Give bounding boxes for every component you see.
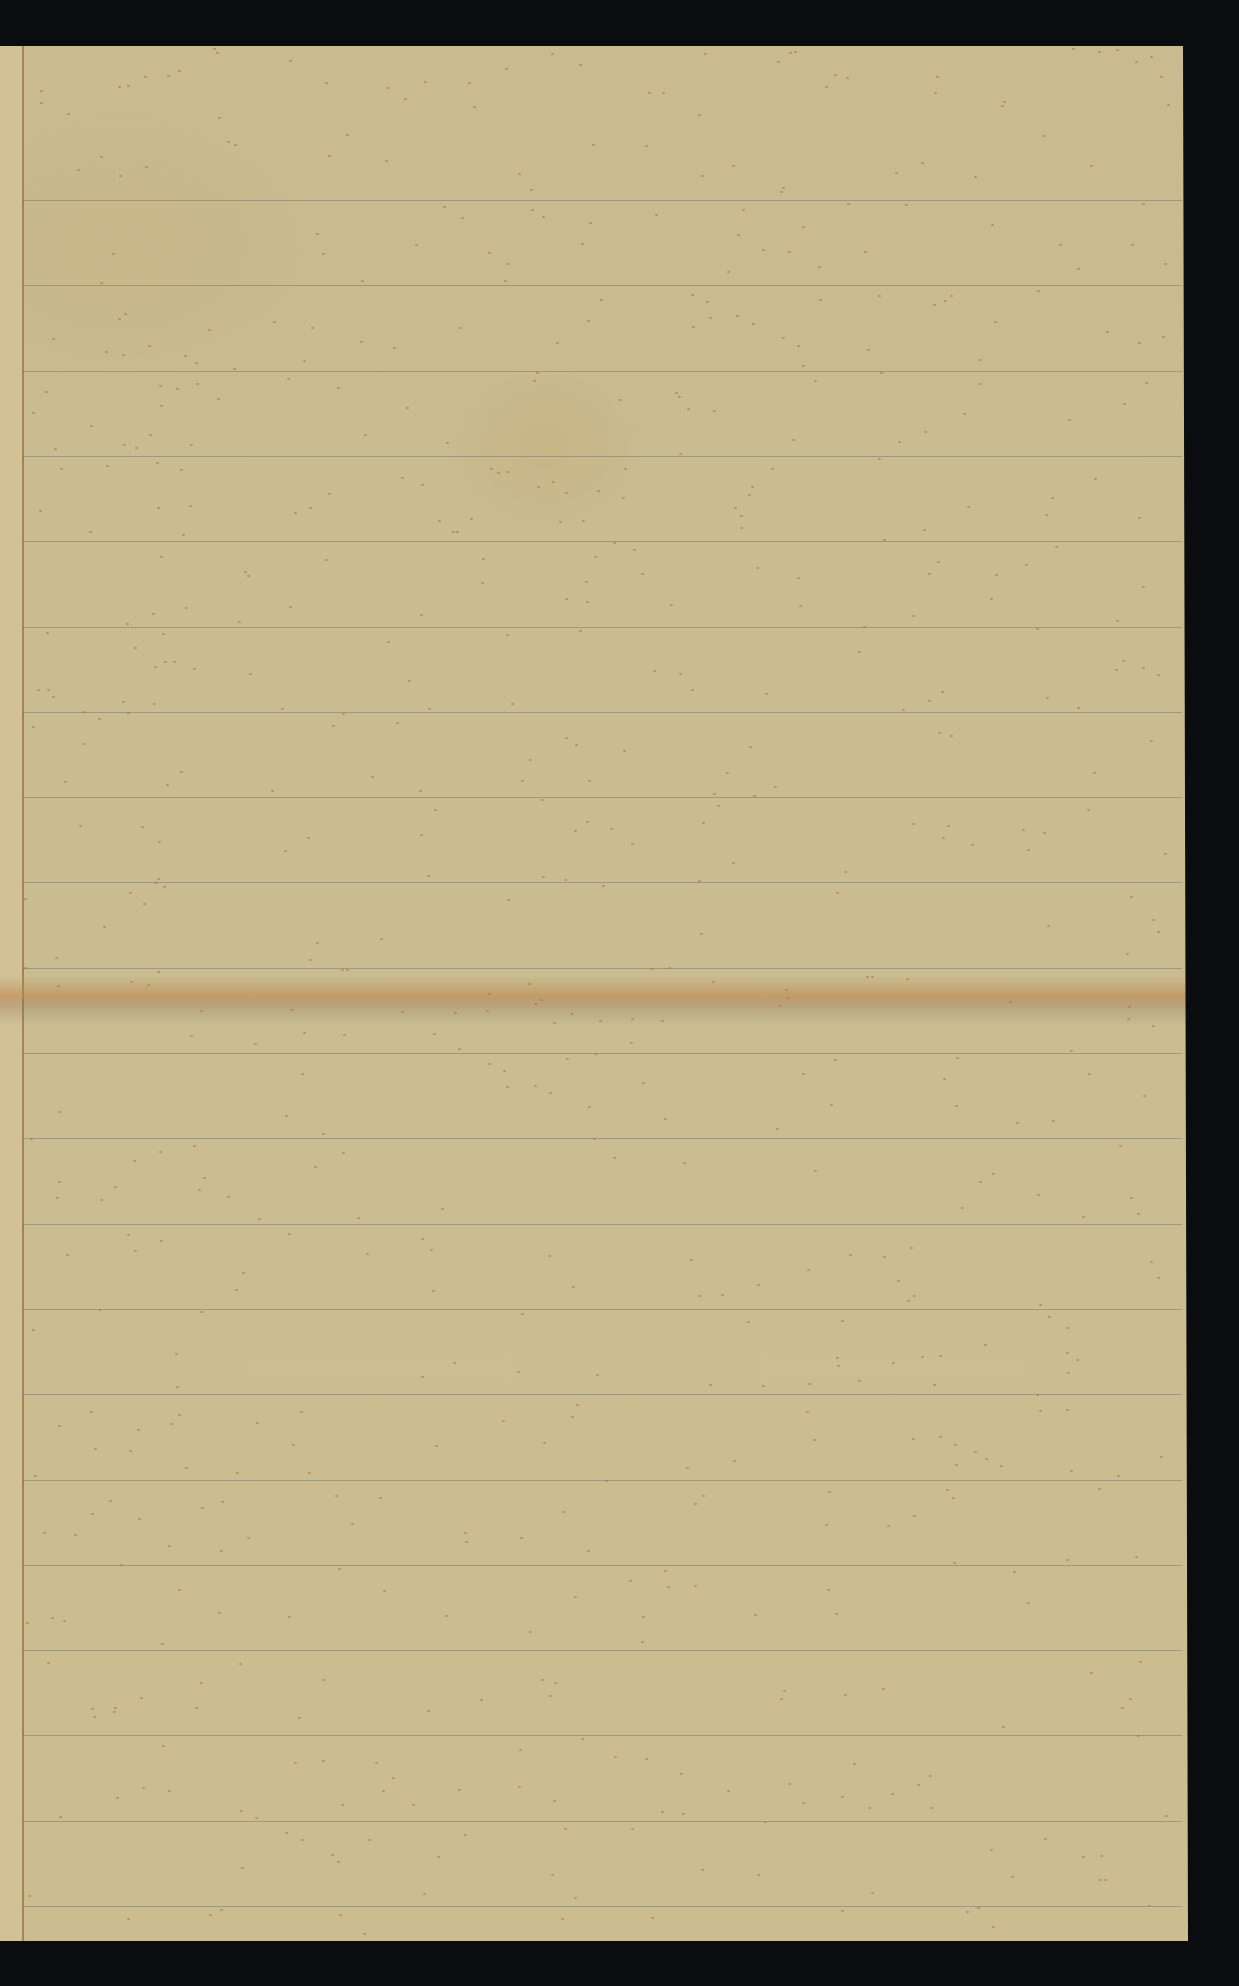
speck xyxy=(241,1867,244,1869)
speck xyxy=(713,410,716,412)
speck xyxy=(256,1422,259,1424)
speck xyxy=(200,1682,203,1684)
speck xyxy=(1090,1672,1093,1674)
speck xyxy=(565,598,568,600)
speck xyxy=(158,841,161,843)
speck xyxy=(371,776,374,778)
speck xyxy=(847,203,850,205)
speck xyxy=(415,244,418,246)
speck xyxy=(576,1404,579,1406)
speck xyxy=(383,1590,386,1592)
speck xyxy=(581,243,584,245)
speck xyxy=(144,76,147,78)
speck xyxy=(564,1828,567,1830)
speck xyxy=(506,263,509,265)
speck xyxy=(346,134,349,136)
speck xyxy=(157,971,160,973)
speck xyxy=(343,1034,346,1036)
speck xyxy=(441,1208,444,1210)
speck xyxy=(1003,101,1006,103)
speck xyxy=(456,531,459,533)
speck xyxy=(664,1570,667,1572)
speck xyxy=(446,442,449,444)
speck xyxy=(752,323,755,325)
speck xyxy=(342,1152,345,1154)
speck xyxy=(880,372,883,374)
speck xyxy=(929,1775,932,1777)
speck xyxy=(529,1631,532,1633)
speck xyxy=(1037,1194,1040,1196)
speck xyxy=(83,743,86,745)
speck xyxy=(56,1197,59,1199)
speck xyxy=(217,398,220,400)
speck xyxy=(683,1162,686,1164)
speck xyxy=(37,689,40,691)
speck xyxy=(732,862,735,864)
speck xyxy=(579,630,582,632)
speck xyxy=(967,506,970,508)
speck xyxy=(401,477,404,479)
speck xyxy=(1104,1879,1107,1881)
speck xyxy=(1145,382,1148,384)
speck xyxy=(412,1804,415,1806)
speck xyxy=(176,1386,179,1388)
speck xyxy=(907,1300,910,1302)
speck xyxy=(543,1442,546,1444)
speck xyxy=(300,1411,303,1413)
speck xyxy=(827,1589,830,1591)
speck xyxy=(698,114,701,116)
speck xyxy=(559,521,562,523)
speck xyxy=(992,1173,995,1175)
speck xyxy=(203,1177,206,1179)
speck xyxy=(950,295,953,297)
speck xyxy=(954,1444,957,1446)
speck xyxy=(387,641,390,643)
speck xyxy=(430,1249,433,1251)
speck xyxy=(1067,1372,1070,1374)
speck xyxy=(196,383,199,385)
speck xyxy=(281,708,284,710)
speck xyxy=(782,187,785,189)
speck xyxy=(119,175,122,177)
speck xyxy=(792,439,795,441)
speck xyxy=(586,821,589,823)
speck xyxy=(1150,1261,1153,1263)
speck xyxy=(1135,1556,1138,1558)
speck xyxy=(47,689,50,691)
speck xyxy=(1072,48,1075,50)
speck xyxy=(1077,268,1080,270)
speck xyxy=(1046,697,1049,699)
speck xyxy=(1152,1025,1155,1027)
speck xyxy=(974,176,977,178)
speck xyxy=(633,549,636,551)
speck xyxy=(1059,244,1062,246)
speck xyxy=(63,1620,66,1622)
speck xyxy=(427,875,430,877)
speck xyxy=(650,968,653,970)
speck xyxy=(149,434,152,436)
speck xyxy=(420,614,423,616)
speck xyxy=(155,882,158,884)
speck xyxy=(883,1256,886,1258)
speck xyxy=(1000,1465,1003,1467)
speck xyxy=(1150,740,1153,742)
speck xyxy=(58,1181,61,1183)
speck xyxy=(589,222,592,224)
speck xyxy=(90,425,93,427)
speck xyxy=(1036,1394,1039,1396)
speck xyxy=(687,408,690,410)
speck xyxy=(737,234,740,236)
speck xyxy=(218,117,221,119)
speck xyxy=(227,1196,230,1198)
speck xyxy=(586,601,589,603)
speck xyxy=(120,1564,123,1566)
speck xyxy=(288,1616,291,1618)
speck xyxy=(294,512,297,514)
speck xyxy=(783,1690,786,1692)
speck xyxy=(421,1238,424,1240)
speck xyxy=(777,61,780,63)
speck xyxy=(934,92,937,94)
speck xyxy=(247,575,250,577)
speck xyxy=(67,113,70,115)
speck xyxy=(103,926,106,928)
speck xyxy=(1082,1856,1085,1858)
speck xyxy=(154,666,157,668)
speck xyxy=(701,1869,704,1871)
speck xyxy=(571,1416,574,1418)
speck xyxy=(774,786,777,788)
speck xyxy=(193,1145,196,1147)
speck xyxy=(566,1058,569,1060)
speck xyxy=(127,85,130,87)
ruled-line xyxy=(22,541,1182,542)
speck xyxy=(799,605,802,607)
speck xyxy=(765,693,768,695)
speck xyxy=(641,1641,644,1643)
speck xyxy=(134,647,137,649)
speck xyxy=(924,431,927,433)
speck xyxy=(579,64,582,66)
speck xyxy=(917,1784,920,1786)
speck xyxy=(162,633,165,635)
speck xyxy=(868,1807,871,1809)
speck xyxy=(946,1489,949,1491)
speck xyxy=(588,1106,591,1108)
speck xyxy=(1131,244,1134,246)
speck xyxy=(28,1895,31,1897)
speck xyxy=(157,507,160,509)
speck xyxy=(751,486,754,488)
speck xyxy=(1128,1006,1131,1008)
speck xyxy=(185,607,188,609)
speck xyxy=(1002,1726,1005,1728)
speck xyxy=(528,983,531,985)
speck xyxy=(346,969,349,971)
speck xyxy=(459,327,462,329)
speck xyxy=(631,843,634,845)
speck xyxy=(106,465,109,467)
speck xyxy=(1039,1304,1042,1306)
speck xyxy=(979,359,982,361)
speck xyxy=(1051,497,1054,499)
speck xyxy=(342,713,345,715)
speck xyxy=(631,1018,634,1020)
speck xyxy=(757,1874,760,1876)
speck xyxy=(549,1695,552,1697)
speck xyxy=(709,1384,712,1386)
speck xyxy=(936,76,939,78)
speck xyxy=(170,1423,173,1425)
speck xyxy=(1094,478,1097,480)
speck xyxy=(1076,1359,1079,1361)
speck xyxy=(473,106,476,108)
speck xyxy=(1022,829,1025,831)
speck xyxy=(939,1355,942,1357)
speck xyxy=(419,790,422,792)
speck xyxy=(52,338,55,340)
speck xyxy=(220,1909,223,1911)
speck xyxy=(990,1849,993,1851)
speck xyxy=(220,1550,223,1552)
speck xyxy=(651,1917,654,1919)
speck xyxy=(428,708,431,710)
speck xyxy=(406,407,409,409)
speck xyxy=(43,1532,46,1534)
speck xyxy=(453,1362,456,1364)
speck xyxy=(337,387,340,389)
speck xyxy=(933,304,936,306)
ruled-line xyxy=(22,1394,1182,1395)
speck xyxy=(552,481,555,483)
speck xyxy=(160,1240,163,1242)
speck xyxy=(404,98,407,100)
speck xyxy=(613,1157,616,1159)
speck xyxy=(679,453,682,455)
speck xyxy=(562,1511,565,1513)
speck xyxy=(802,1073,805,1075)
speck xyxy=(662,92,665,94)
speck xyxy=(1116,620,1119,622)
speck xyxy=(271,790,274,792)
speck xyxy=(1130,1197,1133,1199)
speck xyxy=(79,825,82,827)
speck xyxy=(1043,135,1046,137)
speck xyxy=(180,771,183,773)
ruled-line xyxy=(22,1565,1182,1566)
speck xyxy=(153,703,156,705)
speck xyxy=(1164,853,1167,855)
speck xyxy=(1027,1602,1030,1604)
speck xyxy=(392,1777,395,1779)
speck xyxy=(807,1269,810,1271)
speck xyxy=(89,531,92,533)
speck xyxy=(664,1118,667,1120)
speck xyxy=(629,1580,632,1582)
speck xyxy=(1098,1488,1101,1490)
speck xyxy=(928,573,931,575)
speck xyxy=(690,1259,693,1261)
speck xyxy=(1162,336,1165,338)
speck xyxy=(481,582,484,584)
speck xyxy=(561,1918,564,1920)
speck xyxy=(551,53,554,55)
speck xyxy=(1087,809,1090,811)
speck xyxy=(619,399,622,401)
speck xyxy=(597,490,600,492)
speck xyxy=(594,556,597,558)
speck xyxy=(51,1617,54,1619)
speck xyxy=(1119,1145,1122,1147)
speck xyxy=(680,1773,683,1775)
speck xyxy=(185,1467,188,1469)
speck xyxy=(985,1458,988,1460)
speck xyxy=(190,444,193,446)
speck xyxy=(701,175,704,177)
speck xyxy=(339,1914,342,1916)
speck xyxy=(40,90,43,92)
speck xyxy=(366,1253,369,1255)
speck xyxy=(588,780,591,782)
speck xyxy=(421,484,424,486)
speck xyxy=(788,251,791,253)
speck xyxy=(630,1042,633,1044)
speck xyxy=(208,329,211,331)
speck xyxy=(506,634,509,636)
speck xyxy=(721,1294,724,1296)
speck xyxy=(141,826,144,828)
speck xyxy=(675,392,678,394)
speck xyxy=(1150,56,1153,58)
speck xyxy=(1137,1735,1140,1737)
speck xyxy=(100,282,103,284)
speck xyxy=(363,1933,366,1935)
speck xyxy=(148,345,151,347)
speck xyxy=(517,1371,520,1373)
speck xyxy=(122,701,125,703)
speck xyxy=(645,145,648,147)
speck xyxy=(572,1286,575,1288)
speck xyxy=(596,1374,599,1376)
speck xyxy=(808,1383,811,1385)
speck xyxy=(762,1385,765,1387)
speck xyxy=(709,317,712,319)
speck xyxy=(912,615,915,617)
speck xyxy=(806,1411,809,1413)
speck xyxy=(209,1914,212,1916)
speck xyxy=(60,468,63,470)
speck xyxy=(941,691,944,693)
speck xyxy=(341,1804,344,1806)
speck xyxy=(40,102,43,104)
speck xyxy=(836,1357,839,1359)
speck xyxy=(819,299,822,301)
ruled-line xyxy=(22,200,1182,201)
speck xyxy=(670,604,673,606)
speck xyxy=(702,1495,705,1497)
speck xyxy=(59,1816,62,1818)
speck xyxy=(533,380,536,382)
speck xyxy=(641,573,644,575)
speck xyxy=(813,1439,816,1441)
speck xyxy=(574,830,577,832)
speck xyxy=(458,1048,461,1050)
speck xyxy=(218,1612,221,1614)
speck xyxy=(549,1092,552,1094)
speck xyxy=(470,518,473,520)
speck xyxy=(837,1365,840,1367)
speck xyxy=(502,1420,505,1422)
speck xyxy=(912,823,915,825)
speck xyxy=(956,1057,959,1059)
speck xyxy=(536,372,539,374)
paper-sheet xyxy=(0,46,1188,1941)
speck xyxy=(733,1460,736,1462)
speck xyxy=(190,1035,193,1037)
speck xyxy=(66,1254,69,1256)
speck xyxy=(91,1513,94,1515)
speck xyxy=(1093,772,1096,774)
speck xyxy=(702,822,705,824)
speck xyxy=(465,1541,468,1543)
speck xyxy=(507,899,510,901)
speck xyxy=(1066,1352,1069,1354)
speck xyxy=(979,1181,982,1183)
speck xyxy=(393,347,396,349)
speck xyxy=(294,1762,297,1764)
speck xyxy=(93,1716,96,1718)
speck xyxy=(1082,1216,1085,1218)
speck xyxy=(118,86,121,88)
speck xyxy=(420,834,423,836)
speck xyxy=(1088,1073,1091,1075)
speck xyxy=(592,144,595,146)
speck xyxy=(32,1329,35,1331)
speck xyxy=(30,1138,33,1140)
speck xyxy=(159,1151,162,1153)
speck xyxy=(159,385,162,387)
speck xyxy=(285,1115,288,1117)
speck xyxy=(947,825,950,827)
speck xyxy=(955,1105,958,1107)
speck xyxy=(127,1918,130,1920)
speck xyxy=(1048,1316,1051,1318)
speck xyxy=(1142,203,1145,205)
speck xyxy=(734,507,737,509)
speck xyxy=(921,1356,924,1358)
speck xyxy=(892,1362,895,1364)
speck xyxy=(853,1763,856,1765)
speck xyxy=(858,1380,861,1382)
speck xyxy=(234,144,237,146)
speck xyxy=(488,1063,491,1065)
speck xyxy=(1009,1001,1012,1003)
speck xyxy=(542,216,545,218)
speck xyxy=(47,1662,50,1664)
speck xyxy=(520,1537,523,1539)
speck xyxy=(303,1032,306,1034)
speck xyxy=(160,405,163,407)
speck xyxy=(678,396,681,398)
speck xyxy=(24,898,27,900)
speck xyxy=(1157,674,1160,676)
speck xyxy=(227,141,230,143)
speck xyxy=(961,1207,964,1209)
speck xyxy=(787,997,790,999)
